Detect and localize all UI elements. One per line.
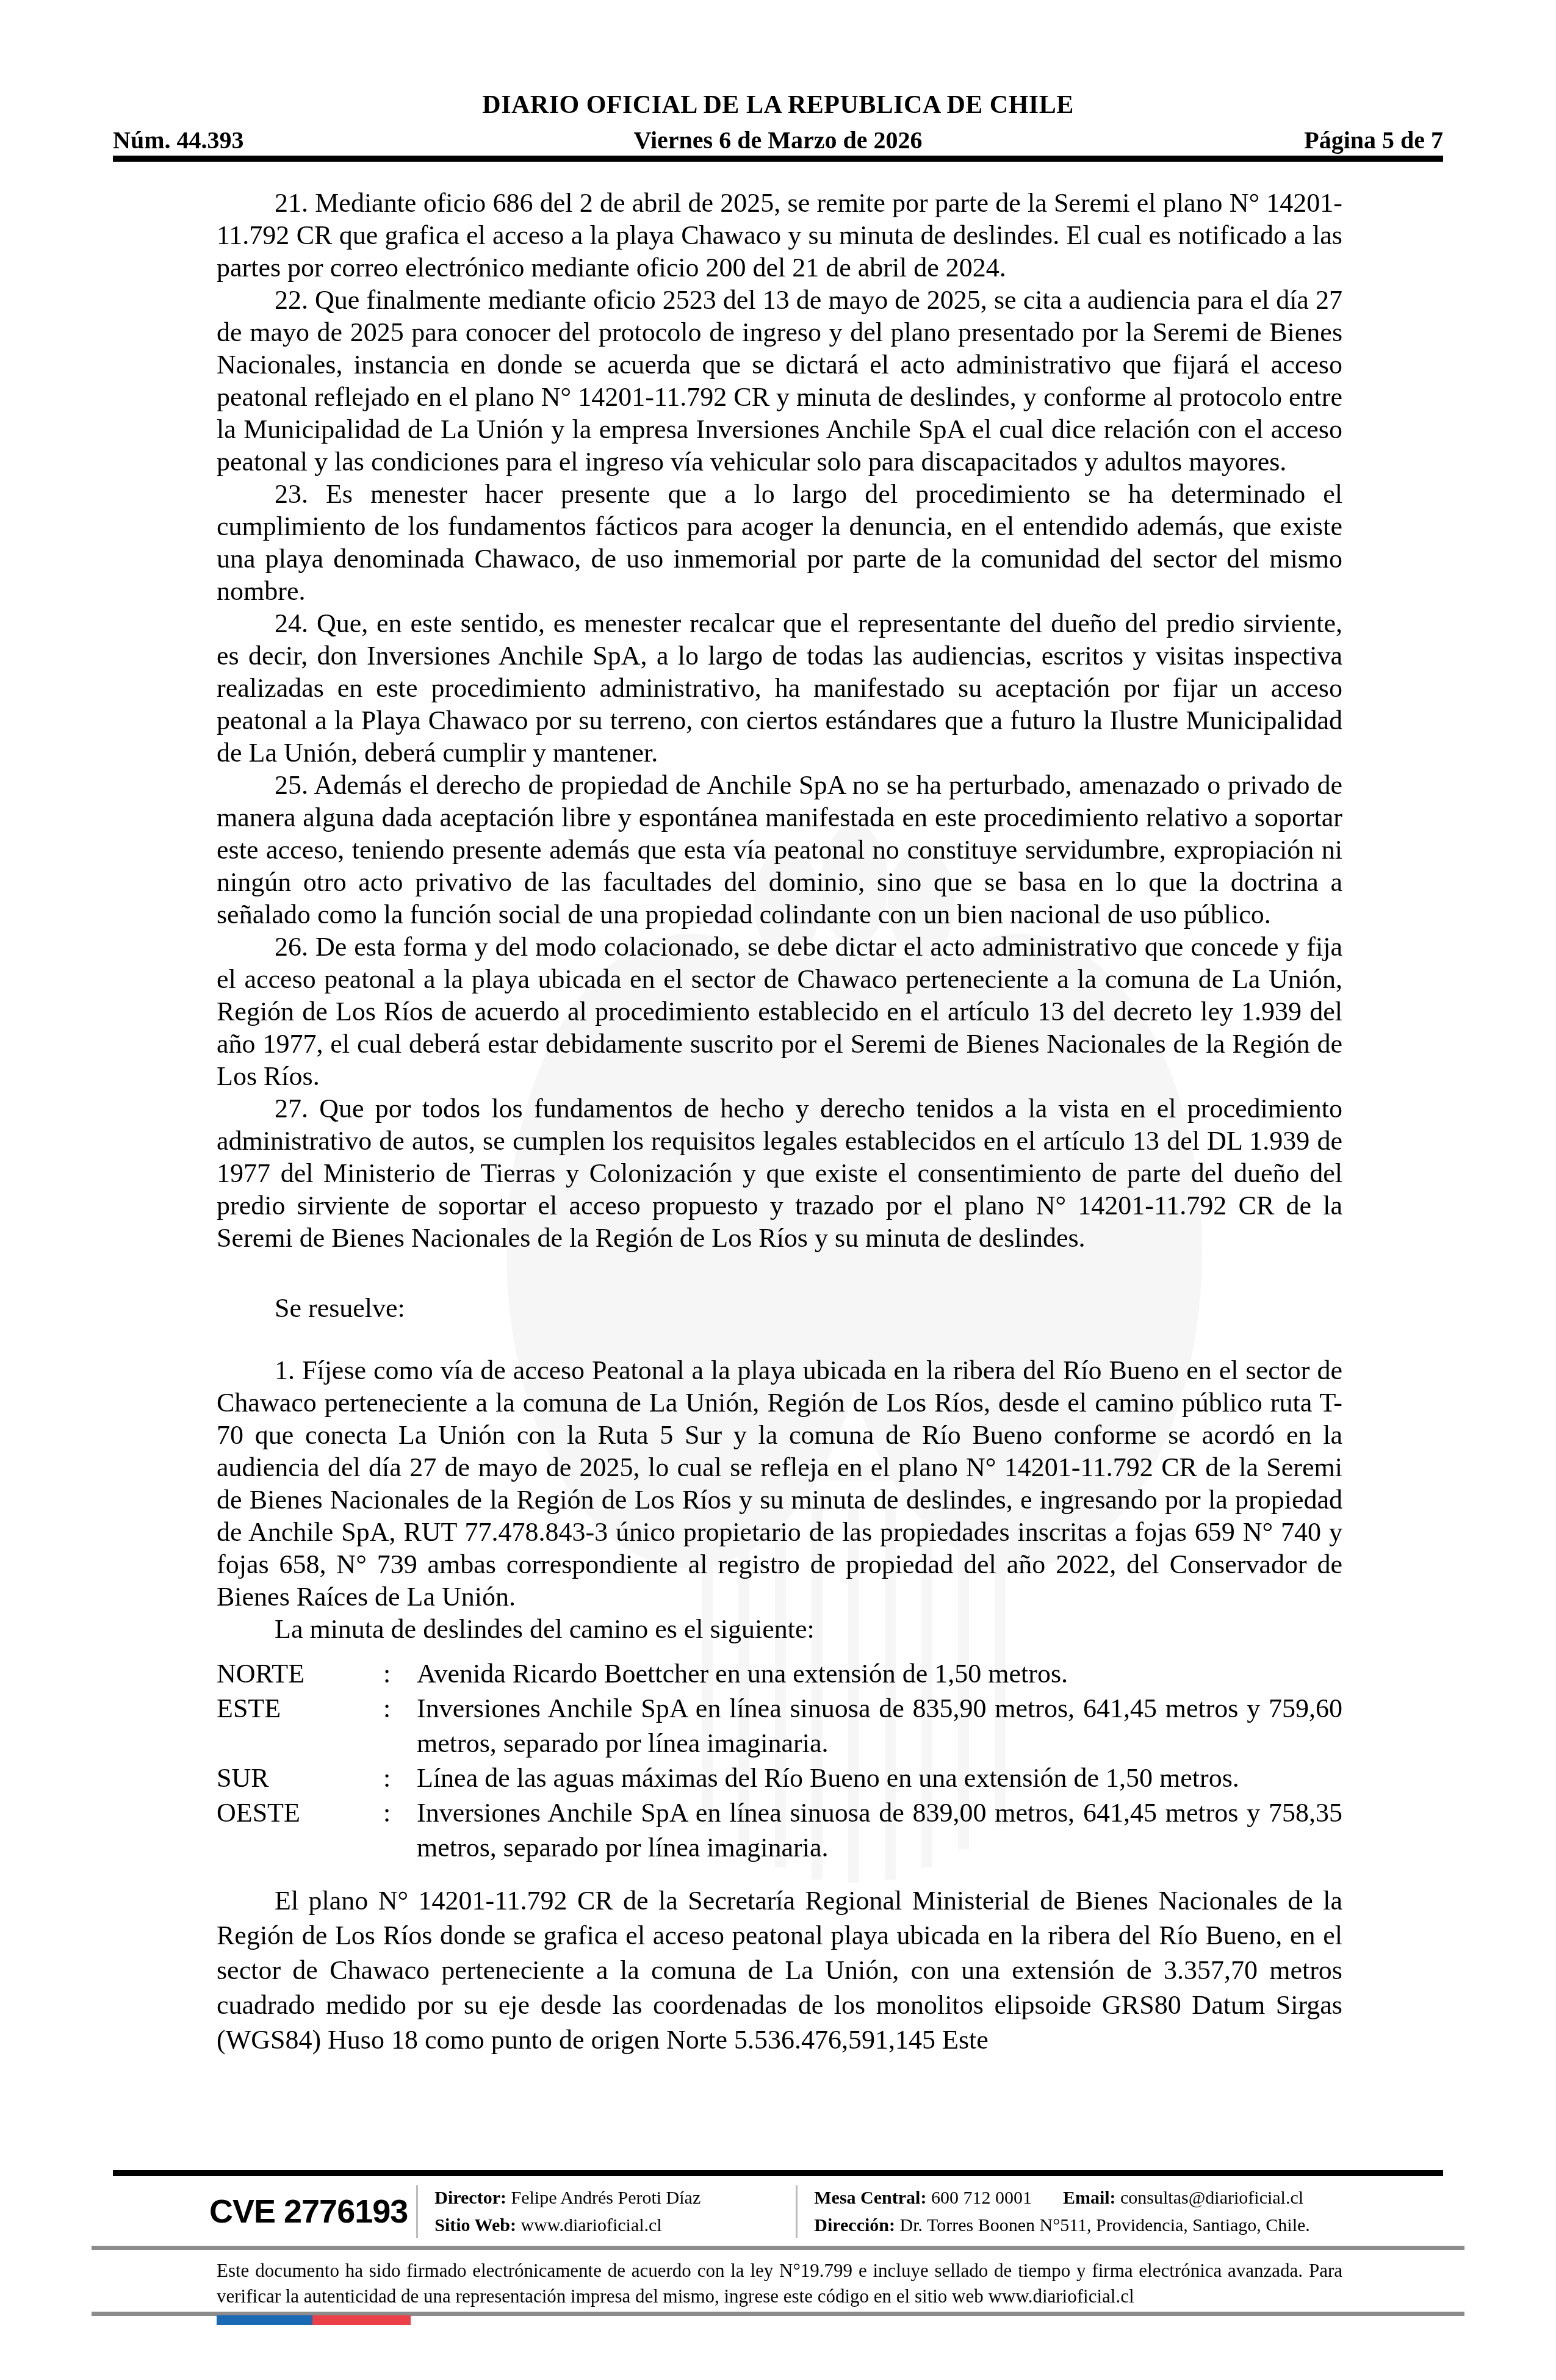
flag-red-stripe	[312, 2315, 411, 2325]
paragraph-25: 25. Además el derecho de propiedad de An…	[217, 769, 1342, 931]
deslindes-row-norte: NORTE : Avenida Ricardo Boettcher en una…	[217, 1656, 1342, 1691]
paragraph-24: 24. Que, en este sentido, es menester re…	[217, 607, 1342, 769]
legal-notice: Este documento ha sido firmado electróni…	[217, 2258, 1342, 2309]
website-label: Sitio Web:	[434, 2215, 516, 2235]
deslindes-row-oeste: OESTE : Inversiones Anchile SpA en línea…	[217, 1795, 1342, 1865]
footer-director-column: Director: Felipe Andrés Peroti Díaz Siti…	[418, 2184, 796, 2239]
mesa-central-label: Mesa Central:	[814, 2188, 926, 2208]
paragraph-23: 23. Es menester hacer presente que a lo …	[217, 478, 1342, 607]
paragraph-27: 27. Que por todos los fundamentos de hec…	[217, 1092, 1342, 1254]
deslindes-row-sur: SUR : Línea de las aguas máximas del Río…	[217, 1761, 1342, 1795]
resolve-heading: Se resuelve:	[217, 1292, 1342, 1324]
deslinde-label: SUR	[217, 1761, 383, 1795]
address-label: Dirección:	[814, 2215, 895, 2235]
minuta-intro: La minuta de deslindes del camino es el …	[217, 1613, 1342, 1645]
deslinde-label: ESTE	[217, 1691, 383, 1761]
director-name: Felipe Andrés Peroti Díaz	[511, 2188, 701, 2208]
deslinde-text: Línea de las aguas máximas del Río Bueno…	[417, 1761, 1342, 1795]
website-url: www.diarioficial.cl	[520, 2215, 661, 2235]
gazette-title: DIARIO OFICIAL DE LA REPUBLICA DE CHILE	[0, 90, 1556, 120]
flag-blue-stripe	[217, 2315, 312, 2325]
issue-number: Núm. 44.393	[113, 126, 634, 154]
director-label: Director:	[434, 2188, 506, 2208]
document-page: DIARIO OFICIAL DE LA REPUBLICA DE CHILE …	[0, 0, 1556, 2380]
footer-rule	[113, 2170, 1443, 2176]
resolve-item-1: 1. Fíjese como vía de acceso Peatonal a …	[217, 1354, 1342, 1613]
header-meta-row: Núm. 44.393 Viernes 6 de Marzo de 2026 P…	[113, 126, 1443, 154]
mesa-central-phone: 600 712 0001	[931, 2188, 1032, 2208]
document-body: 21. Mediante oficio 686 del 2 de abril d…	[217, 187, 1342, 2057]
footer-contact-column: Mesa Central: 600 712 0001 Email: consul…	[798, 2184, 1310, 2239]
deslinde-text: Avenida Ricardo Boettcher en una extensi…	[417, 1656, 1342, 1691]
deslinde-text: Inversiones Anchile SpA en línea sinuosa…	[417, 1795, 1342, 1865]
paragraph-22: 22. Que finalmente mediante oficio 2523 …	[217, 284, 1342, 478]
email-address: consultas@diarioficial.cl	[1120, 2188, 1303, 2208]
footer-info-bar: CVE 2776193 Director: Felipe Andrés Pero…	[209, 2185, 1361, 2238]
deslindes-row-este: ESTE : Inversiones Anchile SpA en línea …	[217, 1691, 1342, 1761]
paragraph-26: 26. De esta forma y del modo colacionado…	[217, 931, 1342, 1092]
deslinde-text: Inversiones Anchile SpA en línea sinuosa…	[417, 1691, 1342, 1761]
colon-separator: :	[383, 1761, 417, 1795]
chile-flag	[217, 2315, 411, 2325]
header-rule	[113, 156, 1443, 162]
paragraph-21: 21. Mediante oficio 686 del 2 de abril d…	[217, 187, 1342, 284]
deslindes-list: NORTE : Avenida Ricardo Boettcher en una…	[217, 1656, 1342, 1865]
colon-separator: :	[383, 1656, 417, 1691]
cve-number: CVE 2776193	[209, 2193, 408, 2230]
address-value: Dr. Torres Boonen N°511, Providencia, Sa…	[900, 2215, 1310, 2235]
email-label: Email:	[1063, 2188, 1116, 2208]
separator-line-top	[92, 2246, 1464, 2250]
deslinde-label: NORTE	[217, 1656, 383, 1691]
page-indicator: Página 5 de 7	[922, 126, 1443, 154]
publication-date: Viernes 6 de Marzo de 2026	[634, 126, 923, 154]
colon-separator: :	[383, 1795, 417, 1865]
deslinde-label: OESTE	[217, 1795, 383, 1865]
closing-paragraph: El plano N° 14201-11.792 CR de la Secret…	[217, 1883, 1342, 2057]
colon-separator: :	[383, 1691, 417, 1761]
